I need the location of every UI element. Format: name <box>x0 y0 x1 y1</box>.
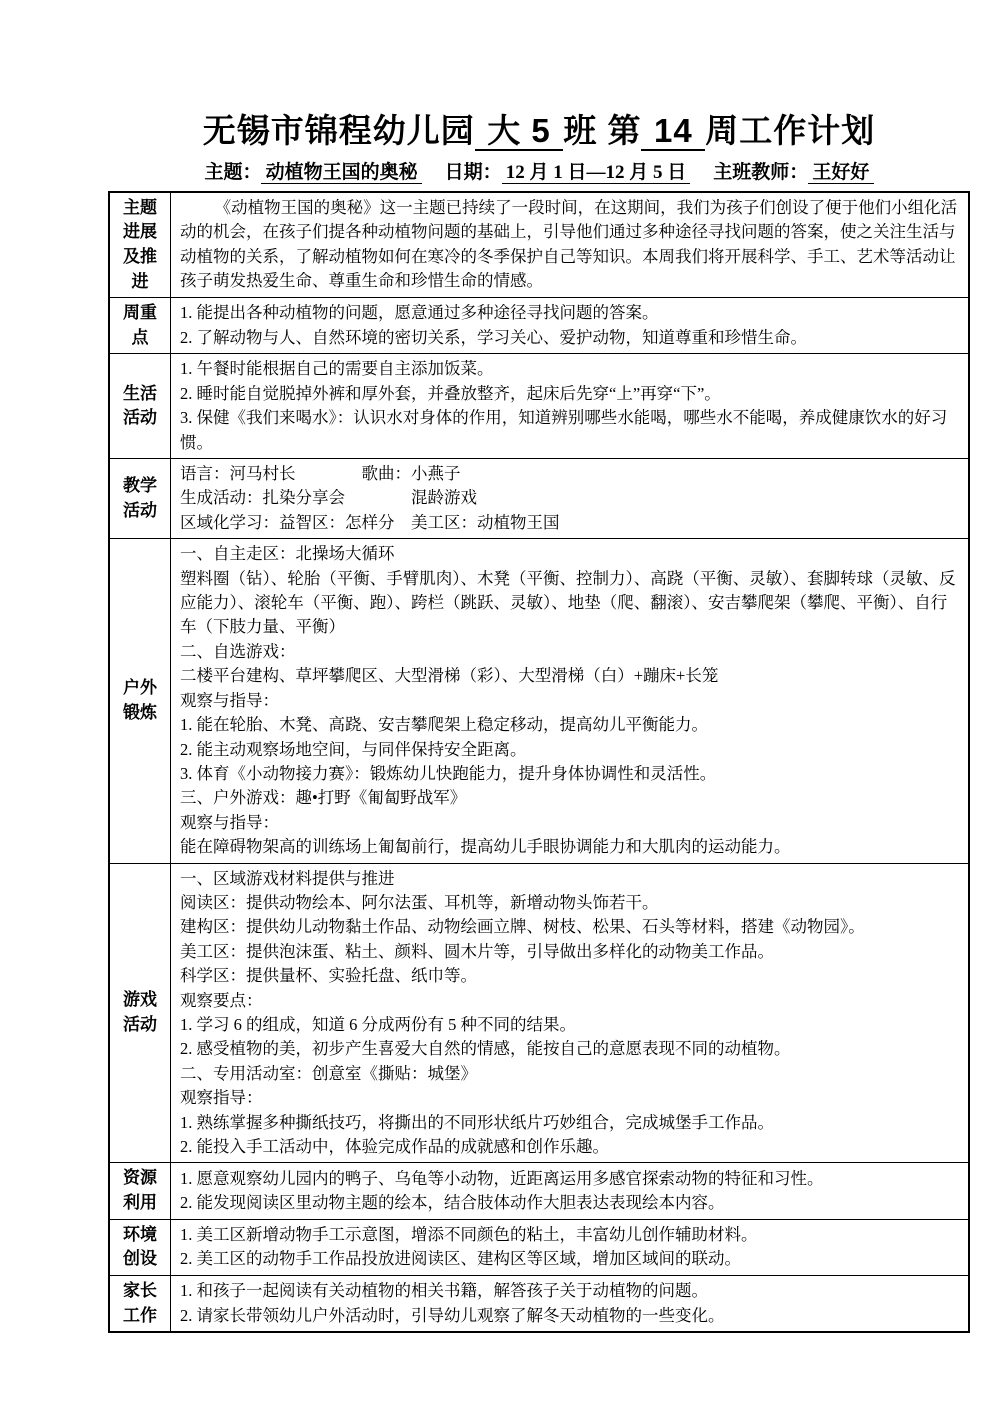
table-row: 环境创设 1. 美工区新增动物手工示意图，增添不同颜色的粘土，丰富幼儿创作辅助材… <box>109 1219 969 1275</box>
row-content-cell: 1. 美工区新增动物手工示意图，增添不同颜色的粘土，丰富幼儿创作辅助材料。2. … <box>171 1219 970 1275</box>
row-label-cell: 教学活动 <box>109 459 171 539</box>
row-label-cell: 环境创设 <box>109 1219 171 1275</box>
content-line: 1. 愿意观察幼儿园内的鸭子、乌龟等小动物，近距离运用多感官探索动物的特征和习性… <box>180 1167 962 1191</box>
table-row: 家长工作 1. 和孩子一起阅读有关动植物的相关书籍，解答孩子关于动植物的问题。2… <box>109 1275 969 1332</box>
row-label-cell: 生活活动 <box>109 354 171 459</box>
row-content-cell: 《动植物王国的奥秘》这一主题已持续了一段时间，在这期间，我们为孩子们创设了便于他… <box>171 192 970 298</box>
row-label: 主题进展及推进 <box>122 196 158 295</box>
content-line: 2. 了解动物与人、自然环境的密切关系，学习关心、爱护动物，知道尊重和珍惜生命。 <box>180 326 962 350</box>
document-page: 无锡市锦程幼儿园大 5班 第14周工作计划 主题：动植物王国的奥秘 日期：12 … <box>0 0 1000 1415</box>
content-line: 2. 能主动观察场地空间，与同伴保持安全距离。 <box>180 738 962 762</box>
content-line: 1. 午餐时能根据自己的需要自主添加饭菜。 <box>180 357 962 381</box>
subtitle-teacher-value: 王好好 <box>808 162 873 184</box>
content-line: 科学区：提供量杯、实验托盘、纸巾等。 <box>180 964 962 988</box>
document-title: 无锡市锦程幼儿园大 5班 第14周工作计划 <box>108 112 970 150</box>
content-line: 《动植物王国的奥秘》这一主题已持续了一段时间，在这期间，我们为孩子们创设了便于他… <box>180 196 962 294</box>
content-line: 美工区：提供泡沫蛋、粘土、颜料、圆木片等，引导做出多样化的动物美工作品。 <box>180 940 962 964</box>
row-content-cell: 一、自主走区：北操场大循环塑料圈（钻）、轮胎（平衡、手臂肌肉）、木凳（平衡、控制… <box>171 539 970 863</box>
table-row: 游戏活动 一、区域游戏材料提供与推进阅读区：提供动物绘本、阿尔法蛋、耳机等，新增… <box>109 863 969 1163</box>
content-line: 语言：河马村长 歌曲：小燕子 <box>180 462 962 486</box>
row-content-cell: 语言：河马村长 歌曲：小燕子生成活动：扎染分享会 混龄游戏区域化学习：益智区：怎… <box>171 459 970 539</box>
row-label: 资源利用 <box>122 1166 158 1215</box>
row-label-cell: 游戏活动 <box>109 863 171 1163</box>
row-content-cell: 1. 愿意观察幼儿园内的鸭子、乌龟等小动物，近距离运用多感官探索动物的特征和习性… <box>171 1163 970 1219</box>
content-line: 阅读区：提供动物绘本、阿尔法蛋、耳机等，新增动物头饰若干。 <box>180 891 962 915</box>
content-line: 一、自主走区：北操场大循环 <box>180 542 962 566</box>
row-label: 家长工作 <box>122 1279 158 1328</box>
content-line: 三、户外游戏：趣•打野《匍匐野战军》 <box>180 786 962 810</box>
row-content-cell: 1. 午餐时能根据自己的需要自主添加饭菜。2. 睡时能自觉脱掉外裤和厚外套，并叠… <box>171 354 970 459</box>
content-line: 二、自选游戏： <box>180 640 962 664</box>
row-label-cell: 周重点 <box>109 298 171 354</box>
content-line: 3. 体育《小动物接力赛》：锻炼幼儿快跑能力，提升身体协调性和灵活性。 <box>180 762 962 786</box>
row-content-cell: 1. 能提出各种动植物的问题，愿意通过多种途径寻找问题的答案。2. 了解动物与人… <box>171 298 970 354</box>
title-school-name: 无锡市锦程幼儿园 <box>203 112 475 149</box>
table-row: 周重点 1. 能提出各种动植物的问题，愿意通过多种途径寻找问题的答案。2. 了解… <box>109 298 969 354</box>
row-label: 户外锻炼 <box>122 676 158 725</box>
subtitle-date-label: 日期： <box>445 162 502 183</box>
weekly-plan-table: 主题进展及推进 《动植物王国的奥秘》这一主题已持续了一段时间，在这期间，我们为孩… <box>108 191 970 1334</box>
content-line: 塑料圈（钻）、轮胎（平衡、手臂肌肉）、木凳（平衡、控制力）、高跷（平衡、灵敏）、… <box>180 567 962 640</box>
content-line: 观察指导： <box>180 1086 962 1110</box>
content-line: 生成活动：扎染分享会 混龄游戏 <box>180 486 962 510</box>
content-line: 二楼平台建构、草坪攀爬区、大型滑梯（彩）、大型滑梯（白）+蹦床+长笼 <box>180 664 962 688</box>
content-line: 1. 和孩子一起阅读有关动植物的相关书籍，解答孩子关于动植物的问题。 <box>180 1279 962 1303</box>
subtitle-theme-label: 主题： <box>204 162 261 183</box>
row-label-cell: 资源利用 <box>109 1163 171 1219</box>
content-line: 1. 美工区新增动物手工示意图，增添不同颜色的粘土，丰富幼儿创作辅助材料。 <box>180 1223 962 1247</box>
table-row: 主题进展及推进 《动植物王国的奥秘》这一主题已持续了一段时间，在这期间，我们为孩… <box>109 192 969 298</box>
content-line: 建构区：提供幼儿动物黏土作品、动物绘画立牌、树枝、松果、石头等材料，搭建《动物园… <box>180 915 962 939</box>
content-line: 2. 能投入手工活动中，体验完成作品的成就感和创作乐趣。 <box>180 1135 962 1159</box>
subtitle-teacher-group: 主班教师：王好好 <box>713 162 873 183</box>
row-label: 教学活动 <box>122 474 158 523</box>
content-line: 区域化学习：益智区：怎样分 美工区：动植物王国 <box>180 511 962 535</box>
title-middle-text: 班 第 <box>563 112 641 149</box>
table-row: 资源利用 1. 愿意观察幼儿园内的鸭子、乌龟等小动物，近距离运用多感官探索动物的… <box>109 1163 969 1219</box>
content-line: 2. 感受植物的美，初步产生喜爱大自然的情感，能按自己的意愿表现不同的动植物。 <box>180 1037 962 1061</box>
row-label-cell: 家长工作 <box>109 1275 171 1332</box>
title-suffix-text: 周工作计划 <box>705 112 875 149</box>
row-label: 环境创设 <box>122 1223 158 1272</box>
subtitle-date-group: 日期：12 月 1 日—12 月 5 日 <box>445 162 691 183</box>
content-line: 1. 熟练掌握多种撕纸技巧，将撕出的不同形状纸片巧妙组合，完成城堡手工作品。 <box>180 1111 962 1135</box>
subtitle-theme-value: 动植物王国的奥秘 <box>261 162 421 184</box>
title-class-underline: 大 5 <box>475 112 564 151</box>
content-line: 1. 能在轮胎、木凳、高跷、安吉攀爬架上稳定移动，提高幼儿平衡能力。 <box>180 713 962 737</box>
document-subtitle: 主题：动植物王国的奥秘 日期：12 月 1 日—12 月 5 日 主班教师：王好… <box>108 160 970 186</box>
content-line: 2. 美工区的动物手工作品投放进阅读区、建构区等区域，增加区域间的联动。 <box>180 1247 962 1271</box>
content-line: 一、区域游戏材料提供与推进 <box>180 867 962 891</box>
title-week-underline: 14 <box>641 112 705 151</box>
table-row: 生活活动 1. 午餐时能根据自己的需要自主添加饭菜。2. 睡时能自觉脱掉外裤和厚… <box>109 354 969 459</box>
content-line: 观察要点： <box>180 989 962 1013</box>
subtitle-date-value: 12 月 1 日—12 月 5 日 <box>502 162 691 184</box>
row-content-cell: 一、区域游戏材料提供与推进阅读区：提供动物绘本、阿尔法蛋、耳机等，新增动物头饰若… <box>171 863 970 1163</box>
content-line: 观察与指导： <box>180 689 962 713</box>
row-content-cell: 1. 和孩子一起阅读有关动植物的相关书籍，解答孩子关于动植物的问题。2. 请家长… <box>171 1275 970 1332</box>
content-line: 2. 请家长带领幼儿户外活动时，引导幼儿观察了解冬天动植物的一些变化。 <box>180 1304 962 1328</box>
content-line: 2. 睡时能自觉脱掉外裤和厚外套，并叠放整齐，起床后先穿“上”再穿“下”。 <box>180 382 962 406</box>
row-label: 生活活动 <box>122 382 158 431</box>
row-label-cell: 户外锻炼 <box>109 539 171 863</box>
content-line: 1. 学习 6 的组成，知道 6 分成两份有 5 种不同的结果。 <box>180 1013 962 1037</box>
content-line: 观察与指导： <box>180 811 962 835</box>
row-label-cell: 主题进展及推进 <box>109 192 171 298</box>
row-label: 周重点 <box>122 301 158 350</box>
table-row: 教学活动 语言：河马村长 歌曲：小燕子生成活动：扎染分享会 混龄游戏区域化学习：… <box>109 459 969 539</box>
content-line: 2. 能发现阅读区里动物主题的绘本，结合肢体动作大胆表达表现绘本内容。 <box>180 1191 962 1215</box>
content-line: 二、专用活动室：创意室《撕贴：城堡》 <box>180 1062 962 1086</box>
content-line: 能在障碍物架高的训练场上匍匐前行，提高幼儿手眼协调能力和大肌肉的运动能力。 <box>180 835 962 859</box>
document-body: 无锡市锦程幼儿园大 5班 第14周工作计划 主题：动植物王国的奥秘 日期：12 … <box>108 112 970 1333</box>
subtitle-teacher-label: 主班教师： <box>713 162 808 183</box>
content-line: 1. 能提出各种动植物的问题，愿意通过多种途径寻找问题的答案。 <box>180 301 962 325</box>
subtitle-theme-group: 主题：动植物王国的奥秘 <box>204 162 421 183</box>
row-label: 游戏活动 <box>122 988 158 1037</box>
table-row: 户外锻炼 一、自主走区：北操场大循环塑料圈（钻）、轮胎（平衡、手臂肌肉）、木凳（… <box>109 539 969 863</box>
content-line: 3. 保健《我们来喝水》：认识水对身体的作用，知道辨别哪些水能喝，哪些水不能喝，… <box>180 406 962 455</box>
